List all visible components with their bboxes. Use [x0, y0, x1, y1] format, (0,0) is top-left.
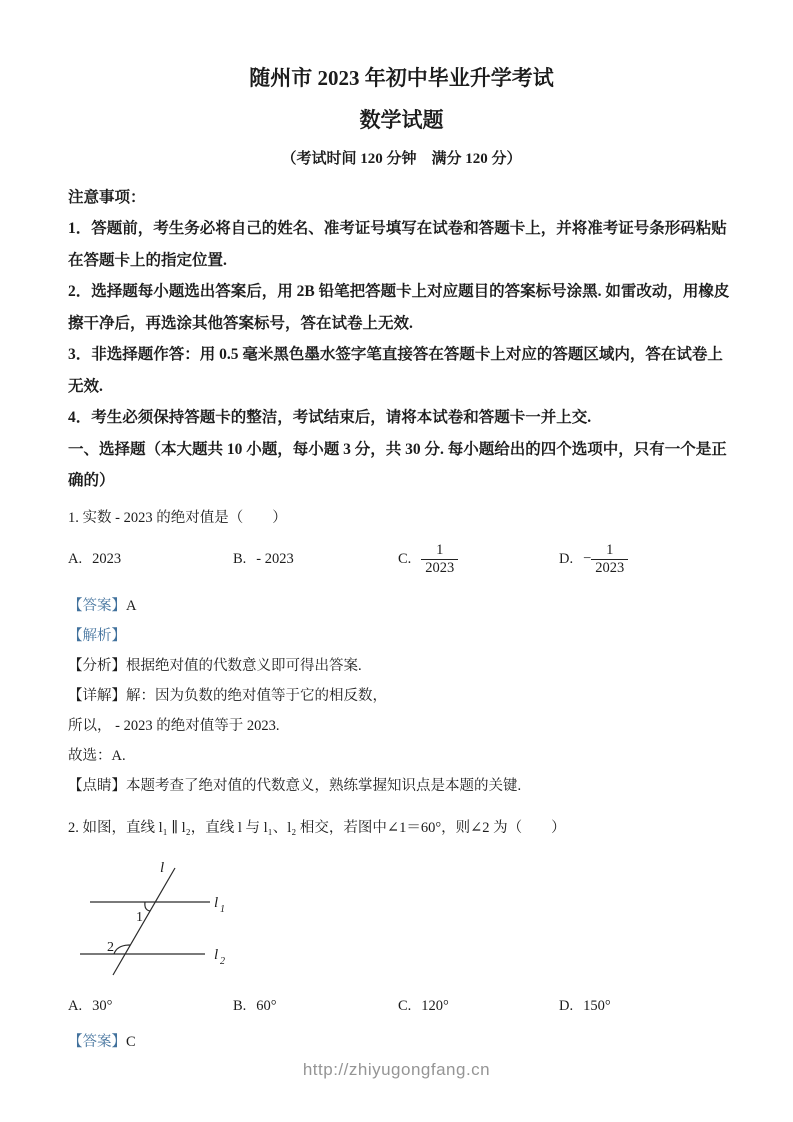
angle-1-label: 1 [136, 910, 143, 925]
question-1-options: A.2023 B.- 2023 C.12023 D.−12023 [68, 533, 735, 587]
watermark-url: http://zhiyugongfang.cn [0, 1060, 793, 1080]
q1-option-b-text: - 2023 [256, 551, 293, 567]
q1-answer-line: 【答案】A [68, 591, 735, 621]
label-l: l [160, 860, 164, 876]
q1-option-b-label: B. [233, 551, 246, 567]
answer-tag: 【答案】 [68, 1034, 126, 1050]
fraction-denominator: 2023 [421, 559, 458, 577]
q2-option-c-label: C. [398, 998, 411, 1014]
q2-option-a-text: 30° [92, 998, 112, 1014]
q1-answer-value: A [126, 598, 136, 614]
q1-option-d-fraction: 12023 [591, 542, 628, 576]
angle-2-label: 2 [107, 940, 114, 955]
q1-option-a-label: A. [68, 551, 82, 567]
q2-option-b-text: 60° [256, 998, 276, 1014]
label-l1-sub: 1 [220, 904, 225, 915]
q2-option-a: A.30° [68, 991, 233, 1021]
notice-item-2: 2．选择题每小题选出答案后，用 2B 铅笔把答题卡上对应题目的答案标号涂黑. 如… [68, 276, 735, 339]
q2-figure-wrap: l l 1 l 2 1 2 [80, 859, 735, 983]
label-l2-sub: 2 [220, 956, 225, 967]
q1-option-c-label: C. [398, 551, 411, 567]
q2-option-c: C.120° [398, 991, 559, 1021]
q2-option-b: B.60° [233, 991, 398, 1021]
angle-1-arc [145, 902, 150, 911]
answer-tag: 【答案】 [68, 598, 126, 614]
q1-option-d-minus: − [583, 551, 591, 567]
q2-answer-line: 【答案】C [68, 1027, 735, 1057]
q1-detail-line-2: 所以， - 2023 的绝对值等于 2023. [68, 711, 735, 741]
q2-option-c-text: 120° [421, 998, 449, 1014]
q1-option-b: B.- 2023 [233, 551, 398, 568]
q1-option-c: C.12023 [398, 542, 559, 576]
notice-item-1: 1．答题前，考生务必将自己的姓名、准考证号填写在试卷和答题卡上，并将准考证号条形… [68, 213, 735, 276]
label-l2: l [214, 947, 218, 963]
notice-item-3: 3．非选择题作答：用 0.5 毫米黑色墨水签字笔直接答在答题卡上对应的答题区域内… [68, 339, 735, 402]
q1-conclusion-line: 故选：A. [68, 741, 735, 771]
section-one-heading: 一、选择题（本大题共 10 小题，每小题 3 分，共 30 分. 每小题给出的四… [68, 434, 735, 497]
notice-heading: 注意事项： [68, 182, 735, 213]
page-title: 随州市 2023 年初中毕业升学考试 [68, 66, 735, 90]
q2-option-b-label: B. [233, 998, 246, 1014]
q2-option-d: D.150° [559, 991, 735, 1021]
transversal-line-l [113, 868, 175, 975]
q1-analysis-tag: 【解析】 [68, 621, 735, 651]
question-1-stem: 1. 实数 - 2023 的绝对值是（ ） [68, 503, 735, 533]
question-2-options: A.30° B.60° C.120° D.150° [68, 991, 735, 1021]
q1-option-a-text: 2023 [92, 551, 121, 567]
q2-option-d-label: D. [559, 998, 573, 1014]
q2-answer-value: C [126, 1034, 136, 1050]
q1-option-d-label: D. [559, 551, 573, 567]
label-l1: l [214, 895, 218, 911]
q1-remark-line: 【点睛】本题考查了绝对值的代数意义，熟练掌握知识点是本题的关键. [68, 771, 735, 801]
exam-info: （考试时间 120 分钟 满分 120 分） [68, 148, 735, 170]
page-subtitle: 数学试题 [68, 108, 735, 132]
q2-option-d-text: 150° [583, 998, 611, 1014]
question-2-stem: 2. 如图，直线 l₁ ∥ l₂，直线 l 与 l₁、l₂ 相交，若图中∠1＝6… [68, 813, 735, 843]
fraction-numerator: 1 [421, 542, 458, 559]
fraction-denominator: 2023 [591, 559, 628, 577]
page-content: 随州市 2023 年初中毕业升学考试 数学试题 （考试时间 120 分钟 满分 … [0, 0, 793, 1057]
fraction-numerator: 1 [591, 542, 628, 559]
q1-option-c-fraction: 12023 [421, 542, 458, 576]
q1-analysis-line: 【分析】根据绝对值的代数意义即可得出答案. [68, 651, 735, 681]
q1-option-a: A.2023 [68, 551, 233, 568]
notice-item-4: 4．考生必须保持答题卡的整洁，考试结束后，请将本试卷和答题卡一并上交. [68, 402, 735, 434]
q1-detail-line-1: 【详解】解：因为负数的绝对值等于它的相反数， [68, 681, 735, 711]
q2-option-a-label: A. [68, 998, 82, 1014]
exam-paper-page: 随州市 2023 年初中毕业升学考试 数学试题 （考试时间 120 分钟 满分 … [0, 0, 793, 1122]
parallel-lines-figure: l l 1 l 2 1 2 [80, 859, 320, 983]
q1-option-d: D.−12023 [559, 542, 735, 576]
